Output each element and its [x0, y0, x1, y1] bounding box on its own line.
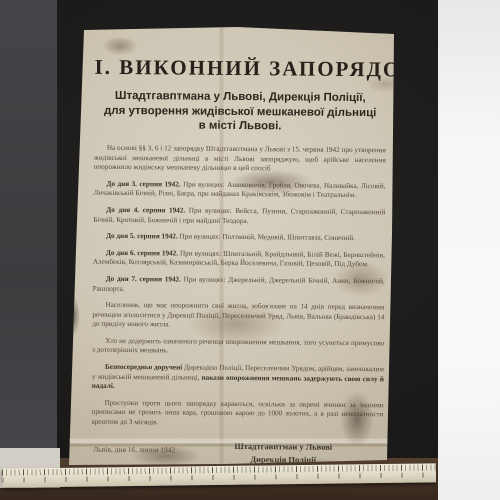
poster-subtitle: Штадтгавптмана у Львові, Дирекція Поліці… — [94, 89, 386, 136]
poster-title: І. ВИКОННИЙ ЗАПОРЯДОК — [94, 55, 386, 83]
background-left-strip — [0, 0, 57, 462]
direct-orders-lead: Безпосередньо доручені — [105, 363, 182, 372]
schedule-item-aug6: До дня 6. серпня 1942. При вулицях: Шпит… — [93, 249, 385, 271]
penalty-paragraph: Проступки проти цього запорядку караютьс… — [91, 399, 383, 430]
intro-paragraph: На основі §§ 3, 6 і 12 запорядку Штадтга… — [94, 144, 386, 175]
schedule-date-aug6: До дня 6. серпня 1942. — [106, 249, 178, 258]
schedule-item-aug3: До дня 3. серпня 1942. При вулицях: Ашик… — [93, 180, 385, 202]
schedule-item-aug4: До дня 4. серпня 1942. При вулицях: Вейс… — [93, 206, 385, 228]
schedule-item-aug7: До дня 7. серпня 1942. При вулицях: Джер… — [93, 275, 385, 297]
schedule-date-aug4: До дня 4. серпня 1942. — [106, 206, 185, 215]
register-paragraph: Населення, що має опорожнити свої житла,… — [92, 301, 384, 332]
subtitle-line-3: в місті Львові. — [94, 118, 386, 135]
poster-content: І. ВИКОННИЙ ЗАПОРЯДОК Штадтгавптмана у Л… — [91, 33, 387, 464]
schedule-streets-aug5: При вулицях: Полтвяній, Медовій, Шпитгав… — [178, 233, 355, 243]
schedule-date-aug3: До дня 3. серпня 1942. — [107, 180, 181, 189]
direct-orders-paragraph: Безпосередньо доручені Дирекцією Поліції… — [92, 363, 384, 394]
subtitle-line-2: для утворення жидівської мешканевої діль… — [94, 103, 386, 120]
schedule-date-aug7: До дня 7. серпня 1942. — [106, 275, 181, 284]
schedule-item-aug5: До дня 5. серпня 1942. При вулицях: Полт… — [93, 232, 385, 244]
background-right-strip — [438, 0, 500, 500]
poster-paper: І. ВИКОННИЙ ЗАПОРЯДОК Штадтгавптмана у Л… — [56, 24, 400, 468]
warning-paragraph: Хто не додержить означеного реченця опор… — [92, 337, 384, 359]
schedule-date-aug5: До дня 5. серпня 1942. — [106, 232, 178, 241]
